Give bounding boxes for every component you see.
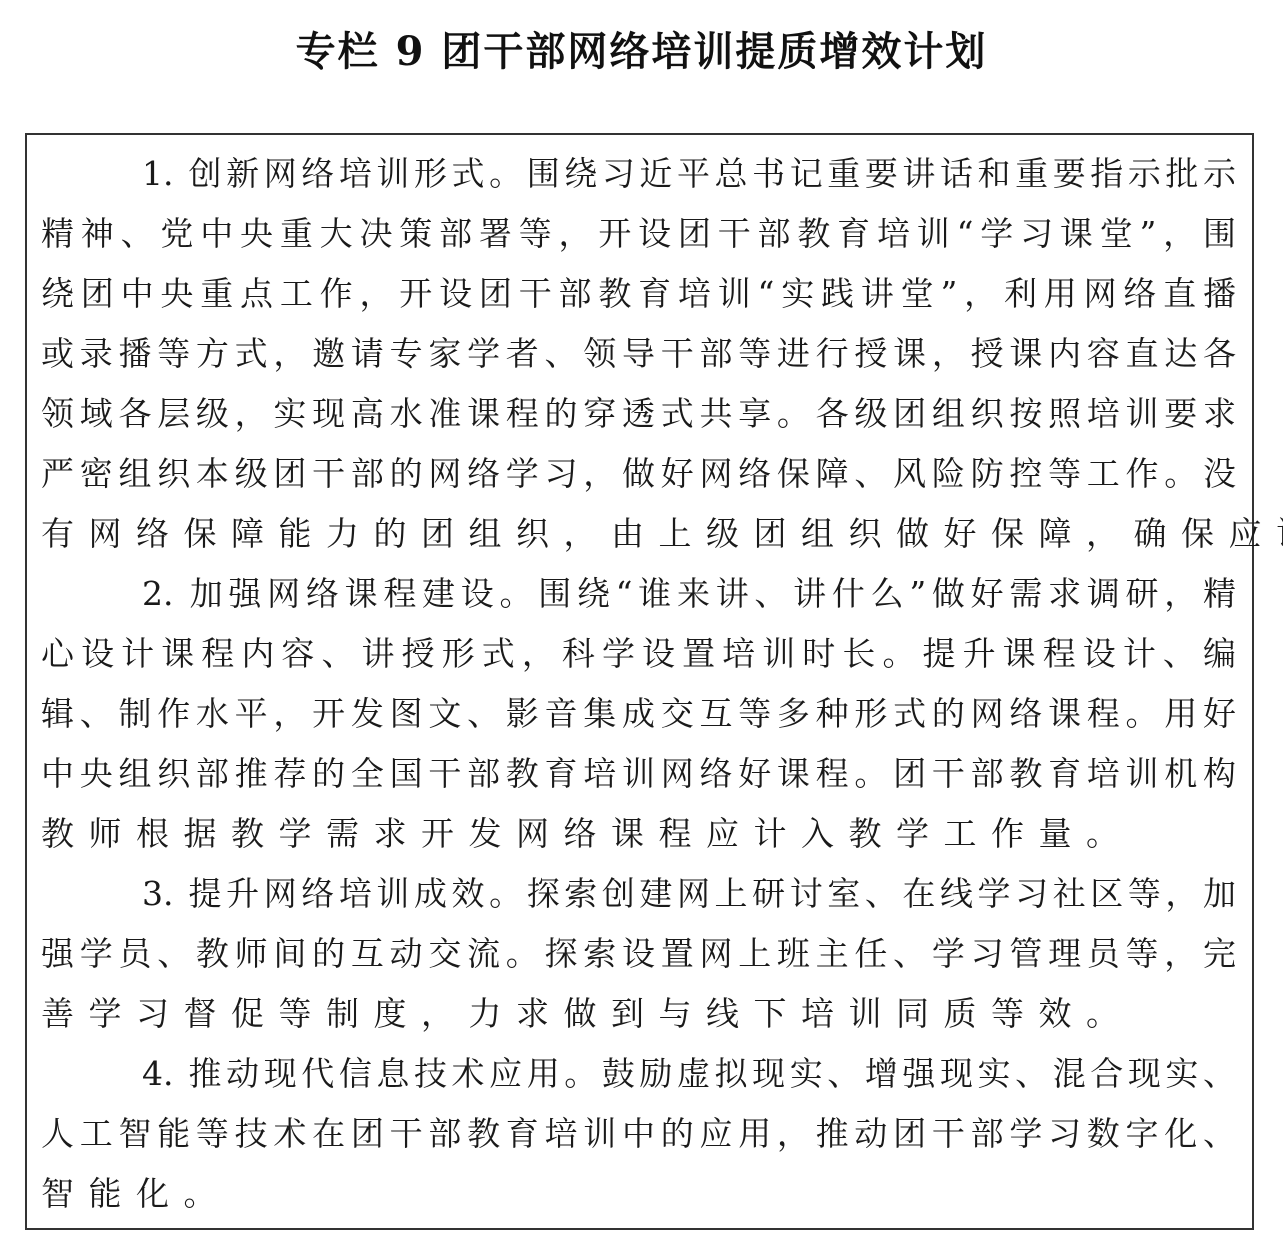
paragraph-1-line: 或录播等方式，邀请专家学者、领导干部等进行授课，授课内容直达各	[41, 324, 1236, 384]
paragraph-1-line: 有网络保障能力的团组织，由上级团组织做好保障，确保应训尽训。	[41, 504, 1236, 564]
page-title: 专栏 9 团干部网络培训提质增效计划	[0, 22, 1283, 82]
paragraph-1-line: 1. 创新网络培训形式。围绕习近平总书记重要讲话和重要指示批示	[142, 144, 1236, 204]
paragraph-1-line: 严密组织本级团干部的网络学习，做好网络保障、风险防控等工作。没	[41, 444, 1236, 504]
paragraph-1-line: 领域各层级，实现高水准课程的穿透式共享。各级团组织按照培训要求	[41, 384, 1236, 444]
paragraph-1-line: 绕团中央重点工作，开设团干部教育培训“实践讲堂”，利用网络直播	[41, 264, 1236, 324]
paragraph-3-line: 善学习督促等制度，力求做到与线下培训同质等效。	[41, 984, 1236, 1044]
paragraph-2-line: 中央组织部推荐的全国干部教育培训网络好课程。团干部教育培训机构	[41, 744, 1236, 804]
paragraph-3-line: 3. 提升网络培训成效。探索创建网上研讨室、在线学习社区等，加	[142, 864, 1236, 924]
paragraph-2-line: 教师根据教学需求开发网络课程应计入教学工作量。	[41, 804, 1236, 864]
paragraph-4-line: 人工智能等技术在团干部教育培训中的应用，推动团干部学习数字化、	[41, 1104, 1236, 1164]
paragraph-3-line: 强学员、教师间的互动交流。探索设置网上班主任、学习管理员等，完	[41, 924, 1236, 984]
paragraph-2-line: 2. 加强网络课程建设。围绕“谁来讲、讲什么”做好需求调研，精	[142, 564, 1236, 624]
column-box: 1. 创新网络培训形式。围绕习近平总书记重要讲话和重要指示批示 精神、党中央重大…	[25, 133, 1254, 1230]
paragraph-4-line: 4. 推动现代信息技术应用。鼓励虚拟现实、增强现实、混合现实、	[142, 1044, 1236, 1104]
paragraph-2-line: 心设计课程内容、讲授形式，科学设置培训时长。提升课程设计、编	[41, 624, 1236, 684]
paragraph-4-line: 智能化。	[41, 1164, 1236, 1224]
paragraph-1-line: 精神、党中央重大决策部署等，开设团干部教育培训“学习课堂”，围	[41, 204, 1236, 264]
paragraph-2-line: 辑、制作水平，开发图文、影音集成交互等多种形式的网络课程。用好	[41, 684, 1236, 744]
